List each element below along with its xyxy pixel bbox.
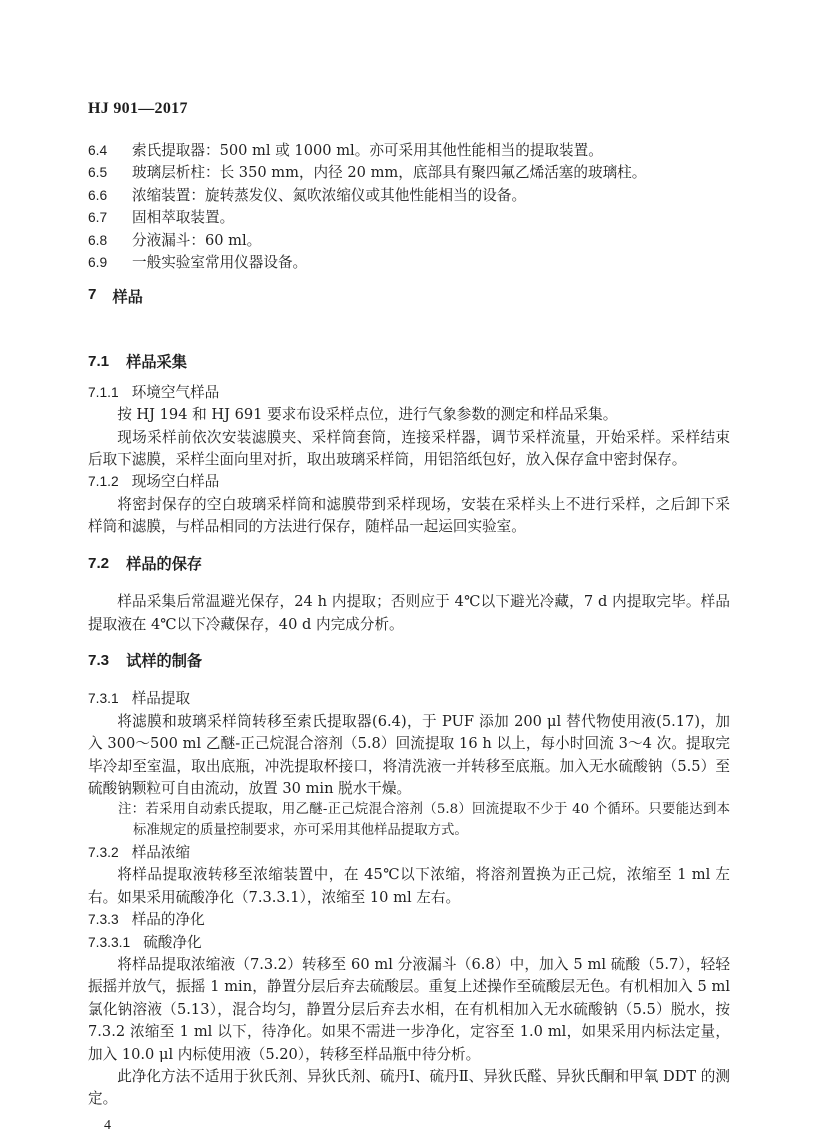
section-heading-7-3-2: 7.3.2 样品浓缩 xyxy=(88,842,730,864)
clause-number: 6.5 xyxy=(88,162,132,184)
section-heading-7-1-1: 7.1.1 环境空气样品 xyxy=(88,382,730,404)
paragraph-sample-concentration: 将样品提取液转移至浓缩装置中，在 45℃以下浓缩，将溶剂置换为正己烷，浓缩至 1… xyxy=(88,864,730,909)
paragraph-sampling-points: 按 HJ 194 和 HJ 691 要求布设采样点位，进行气象参数的测定和样品采… xyxy=(88,404,730,426)
section-title: 试样的制备 xyxy=(126,650,202,672)
paragraph-field-sampling: 现场采样前依次安装滤膜夹、采样筒套筒，连接采样器，调节采样流量，开始采样。采样结… xyxy=(88,427,730,472)
section-heading-7-3-3-1: 7.3.3.1 硫酸净化 xyxy=(88,932,730,954)
clause-item: 6.6 浓缩装置：旋转蒸发仪、氮吹浓缩仪或其他性能相当的设备。 xyxy=(88,185,730,207)
section-title: 环境空气样品 xyxy=(132,382,220,404)
spacer xyxy=(88,583,730,591)
clause-number: 6.8 xyxy=(88,230,132,252)
paragraph-field-blank: 将密封保存的空白玻璃采样筒和滤膜带到采样现场，安装在采样头上不进行采样，之后卸下… xyxy=(88,494,730,539)
document-page: HJ 901—2017 6.4 索氏提取器：500 ml 或 1000 ml。亦… xyxy=(0,0,816,1145)
clause-number: 6.6 xyxy=(88,185,132,207)
section-title: 现场空白样品 xyxy=(132,471,220,493)
clause-item: 6.4 索氏提取器：500 ml 或 1000 ml。亦可采用其他性能相当的提取… xyxy=(88,140,730,162)
section-number: 7 xyxy=(88,286,96,307)
note-label: 注： xyxy=(118,802,145,817)
section-heading-7-3-3: 7.3.3 样品的净化 xyxy=(88,909,730,931)
paragraph-sulfuric-acid-cleanup: 将样品提取浓缩液（7.3.2）转移至 60 ml 分液漏斗（6.8）中，加入 5… xyxy=(88,954,730,1066)
section-heading-7: 7 样品 xyxy=(88,286,730,307)
section-heading-7-1-2: 7.1.2 现场空白样品 xyxy=(88,471,730,493)
section-number: 7.3 xyxy=(88,650,109,672)
section-heading-7-3-1: 7.3.1 样品提取 xyxy=(88,688,730,710)
clause-item: 6.8 分液漏斗：60 ml。 xyxy=(88,230,730,252)
page-number: 4 xyxy=(88,1118,730,1134)
section-title: 样品采集 xyxy=(126,351,187,373)
paragraph-sample-extraction: 将滤膜和玻璃采样筒转移至索氏提取器(6.4)，于 PUF 添加 200 μl 替… xyxy=(88,711,730,801)
clause-text: 一般实验室常用仪器设备。 xyxy=(132,252,730,274)
section-number: 7.1.2 xyxy=(88,471,119,493)
section-number: 7.3.3.1 xyxy=(88,932,130,954)
clause-text: 浓缩装置：旋转蒸发仪、氮吹浓缩仪或其他性能相当的设备。 xyxy=(132,185,730,207)
paragraph-cleanup-limitation: 此净化方法不适用于狄氏剂、异狄氏剂、硫丹Ⅰ、硫丹Ⅱ、异狄氏醛、异狄氏酮和甲氧 D… xyxy=(88,1066,730,1111)
section-title: 样品 xyxy=(112,286,142,307)
section-heading-7-3: 7.3 试样的制备 xyxy=(88,650,730,672)
paragraph-sample-storage: 样品采集后常温避光保存，24 h 内提取；否则应于 4℃以下避光冷藏，7 d 内… xyxy=(88,591,730,636)
clause-number: 6.7 xyxy=(88,207,132,229)
note-text: 若采用自动索氏提取，用乙醚-正己烷混合溶剂（5.8）回流提取不少于 40 个循环… xyxy=(133,802,730,838)
clause-item: 6.7 固相萃取装置。 xyxy=(88,207,730,229)
section-number: 7.1 xyxy=(88,351,109,373)
section-number: 7.3.1 xyxy=(88,688,119,710)
clause-number: 6.9 xyxy=(88,252,132,274)
section-title: 样品的净化 xyxy=(132,909,205,931)
section-title: 样品的保存 xyxy=(126,553,202,575)
clause-text: 玻璃层析柱：长 350 mm，内径 20 mm，底部具有聚四氟乙烯活塞的玻璃柱。 xyxy=(132,162,730,184)
doc-code: HJ 901—2017 xyxy=(88,100,730,118)
section-number: 7.1.1 xyxy=(88,382,119,404)
clause-item: 6.9 一般实验室常用仪器设备。 xyxy=(88,252,730,274)
section-number: 7.2 xyxy=(88,553,109,575)
section-number: 7.3.3 xyxy=(88,909,119,931)
spacer xyxy=(88,680,730,688)
clause-text: 固相萃取装置。 xyxy=(132,207,730,229)
section-title: 硫酸净化 xyxy=(143,932,201,954)
section-title: 样品提取 xyxy=(132,688,190,710)
section-heading-7-1: 7.1 样品采集 xyxy=(88,351,730,373)
clause-number: 6.4 xyxy=(88,140,132,162)
section-title: 样品浓缩 xyxy=(132,842,190,864)
equipment-clause-list: 6.4 索氏提取器：500 ml 或 1000 ml。亦可采用其他性能相当的提取… xyxy=(88,140,730,274)
section-number: 7.3.2 xyxy=(88,842,119,864)
note-block: 注：若采用自动索氏提取，用乙醚-正己烷混合溶剂（5.8）回流提取不少于 40 个… xyxy=(88,800,730,842)
clause-text: 索氏提取器：500 ml 或 1000 ml。亦可采用其他性能相当的提取装置。 xyxy=(132,140,730,162)
clause-text: 分液漏斗：60 ml。 xyxy=(132,230,730,252)
clause-item: 6.5 玻璃层析柱：长 350 mm，内径 20 mm，底部具有聚四氟乙烯活塞的… xyxy=(88,162,730,184)
section-heading-7-2: 7.2 样品的保存 xyxy=(88,553,730,575)
